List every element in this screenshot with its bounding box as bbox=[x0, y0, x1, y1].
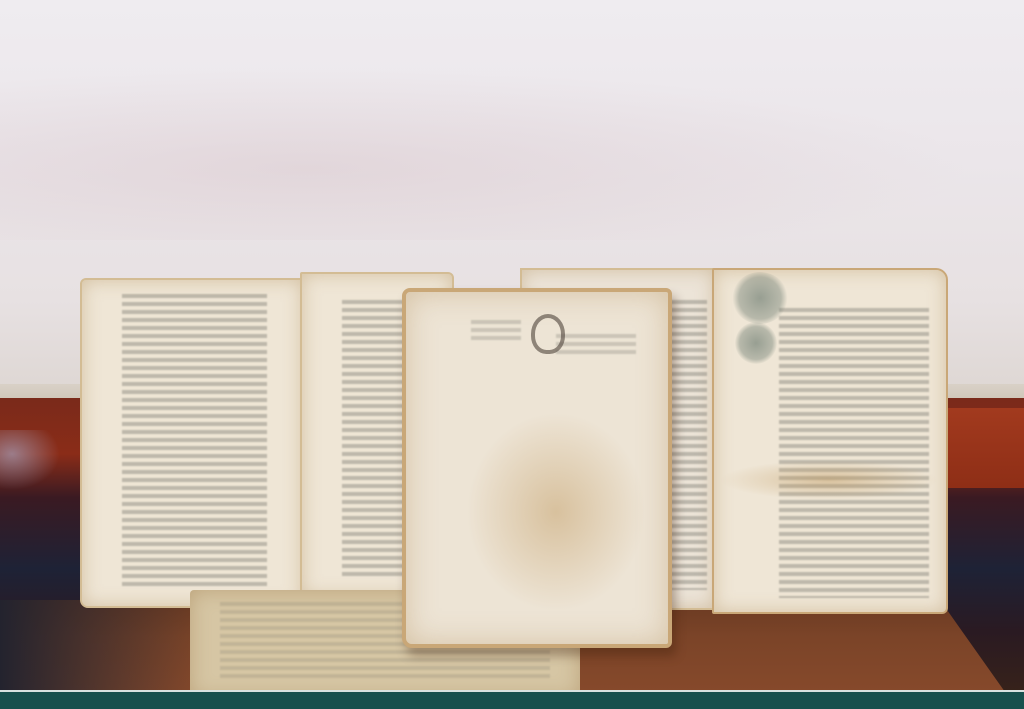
photograph-scene bbox=[0, 0, 1024, 709]
table-shadow bbox=[0, 600, 200, 692]
cabinet-red-panel bbox=[945, 408, 1024, 488]
wax-seal-icon bbox=[735, 322, 777, 364]
header-text bbox=[471, 320, 521, 344]
handwritten-text bbox=[122, 294, 267, 590]
manuscript-left-page-1 bbox=[80, 278, 304, 608]
header-text bbox=[556, 334, 636, 358]
wall-shadow bbox=[0, 60, 1024, 240]
handwritten-text bbox=[779, 308, 929, 598]
wax-seal-icon bbox=[732, 272, 788, 324]
water-stain bbox=[719, 460, 939, 500]
water-stain bbox=[466, 412, 646, 612]
light-glare bbox=[0, 430, 60, 490]
manuscript-front-cover bbox=[402, 288, 672, 648]
coat-of-arms-icon bbox=[531, 314, 565, 354]
floor-strip bbox=[0, 690, 1024, 709]
